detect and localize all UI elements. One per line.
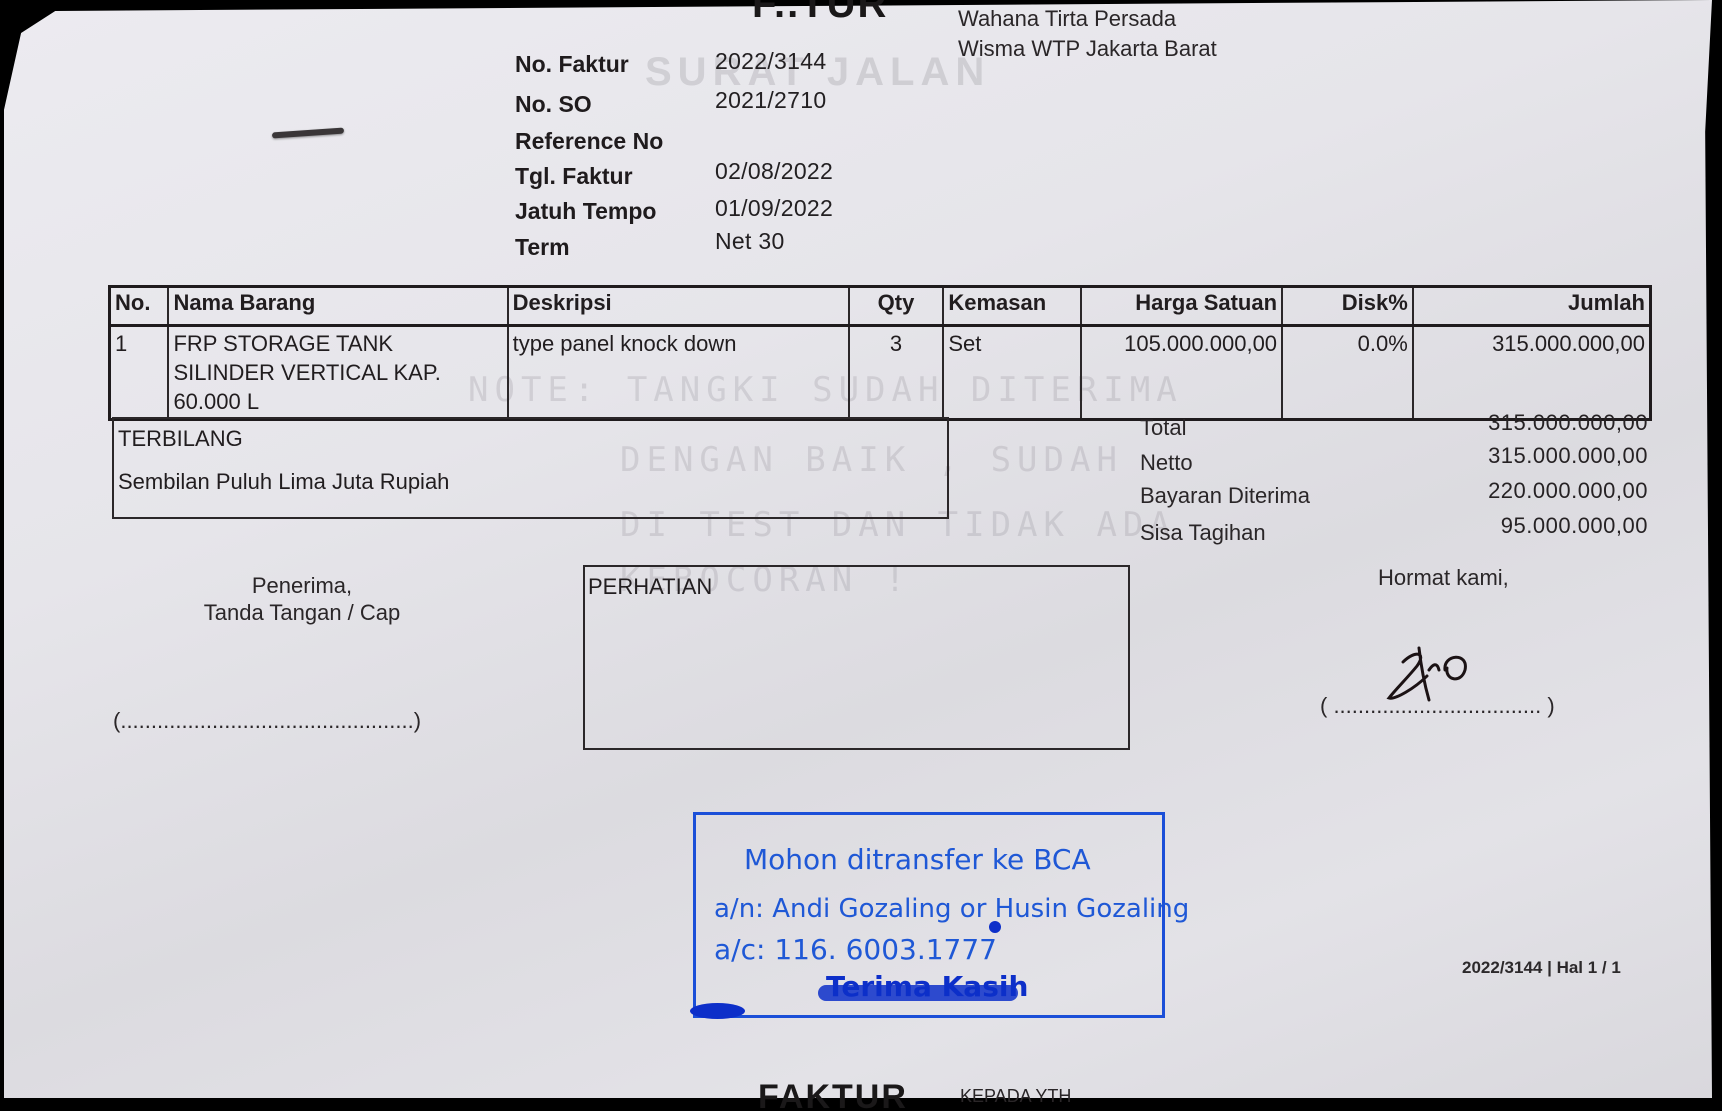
stamp-line-bank: Mohon ditransfer ke BCA [744, 843, 1091, 876]
bottom-kepada-fragment: KEPADA YTH [960, 1086, 1071, 1107]
col-header-harga-satuan: Harga Satuan [1081, 287, 1282, 326]
receiver-sublabel: Tanda Tangan / Cap [150, 600, 454, 626]
stamp-ink-blot [818, 985, 1018, 1001]
table-header-row: No. Nama Barang Deskripsi Qty Kemasan Ha… [110, 287, 1651, 326]
netto-label: Netto [1140, 450, 1193, 476]
col-header-jumlah: Jumlah [1413, 287, 1651, 326]
col-header-kemasan: Kemasan [943, 287, 1081, 326]
total-label: Total [1140, 415, 1186, 441]
cell-jumlah: 315.000.000,00 [1413, 326, 1651, 420]
field-value-term: Net 30 [715, 228, 785, 255]
field-value-no-faktur: 2022/3144 [715, 48, 826, 75]
cell-harga-satuan: 105.000.000,00 [1081, 326, 1282, 420]
cell-no: 1 [110, 326, 169, 420]
sisa-tagihan-value: 95.000.000,00 [1400, 513, 1648, 539]
field-label-no-so: No. SO [515, 91, 592, 118]
recipient-address: Wisma WTP Jakarta Barat [958, 36, 1217, 62]
terbilang-box: TERBILANG Sembilan Puluh Lima Juta Rupia… [112, 417, 949, 519]
col-header-no: No. [110, 287, 169, 326]
sender-signature-line: ( .................................. ) [1320, 693, 1555, 719]
stamp-line-account-number: a/c: 116. 6003.1777 [714, 933, 997, 966]
items-table: No. Nama Barang Deskripsi Qty Kemasan Ha… [108, 285, 1652, 421]
field-label-reference-no: Reference No [515, 128, 663, 155]
closing-text: Hormat kami, [1378, 565, 1509, 591]
cell-disk: 0.0% [1282, 326, 1413, 420]
receiver-label: Penerima, [150, 573, 454, 599]
stamp-ink-dot [989, 921, 1001, 933]
field-label-tgl-faktur: Tgl. Faktur [515, 163, 633, 190]
cell-qty: 3 [849, 326, 944, 420]
recipient-name: Wahana Tirta Persada [958, 6, 1176, 32]
col-header-deskripsi: Deskripsi [508, 287, 849, 326]
attention-box: PERHATIAN [583, 565, 1130, 750]
field-value-jatuh-tempo: 01/09/2022 [715, 195, 833, 222]
col-header-qty: Qty [849, 287, 944, 326]
bayaran-diterima-value: 220.000.000,00 [1400, 478, 1648, 504]
bottom-title-fragment: FAKTUR [758, 1078, 908, 1111]
terbilang-label: TERBILANG [118, 426, 243, 452]
total-value: 315.000.000,00 [1400, 410, 1648, 436]
bayaran-diterima-label: Bayaran Diterima [1140, 483, 1310, 509]
cell-kemasan: Set [943, 326, 1081, 420]
stamp-ink-blot [690, 1003, 745, 1019]
table-row: 1 FRP STORAGE TANK SILINDER VERTICAL KAP… [110, 326, 1651, 420]
cell-nama-barang: FRP STORAGE TANK SILINDER VERTICAL KAP. … [168, 326, 507, 420]
stamp-line-account-name: a/n: Andi Gozaling or Husin Gozaling [714, 894, 1189, 924]
page-reference: 2022/3144 | Hal 1 / 1 [1462, 958, 1621, 978]
field-value-no-so: 2021/2710 [715, 87, 826, 114]
field-label-jatuh-tempo: Jatuh Tempo [515, 198, 656, 225]
sisa-tagihan-label: Sisa Tagihan [1140, 520, 1266, 546]
field-value-tgl-faktur: 02/08/2022 [715, 158, 833, 185]
field-label-no-faktur: No. Faktur [515, 51, 629, 78]
receiver-signature-line: (.......................................… [113, 708, 421, 734]
bank-transfer-stamp: Mohon ditransfer ke BCA a/n: Andi Gozali… [693, 812, 1165, 1018]
attention-label: PERHATIAN [588, 574, 712, 600]
col-header-disk: Disk% [1282, 287, 1413, 326]
field-label-term: Term [515, 234, 570, 261]
col-header-nama-barang: Nama Barang [168, 287, 507, 326]
terbilang-text: Sembilan Puluh Lima Juta Rupiah [118, 469, 449, 495]
netto-value: 315.000.000,00 [1400, 443, 1648, 469]
title-fragment: F..TUR [752, 0, 888, 27]
cell-deskripsi: type panel knock down [508, 326, 849, 420]
